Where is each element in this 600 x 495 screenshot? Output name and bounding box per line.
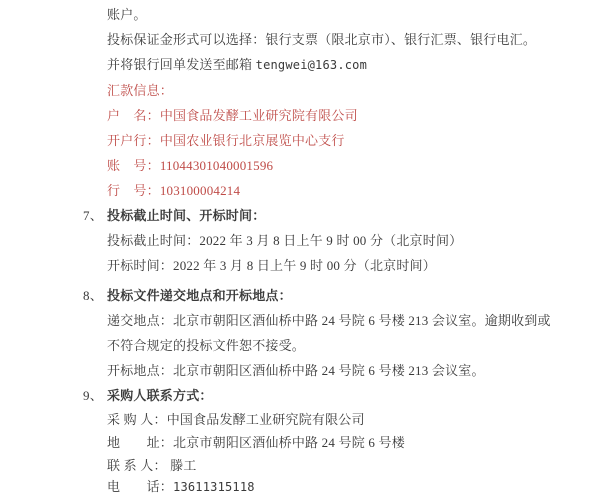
- remittance-row-account-number: 账 号：11044301040001596: [107, 153, 560, 178]
- section-9-title: 采购人联系方式：: [107, 388, 213, 403]
- section-7-title: 投标截止时间、开标时间：: [107, 208, 265, 223]
- contact-value: 北京市朝阳区酒仙桥中路 24 号院 6 号楼: [173, 435, 405, 450]
- section-7-line-opening-text: 开标时间：2022 年 3 月 8 日上午 9 时 00 分（北京时间）: [107, 258, 436, 273]
- contact-row-address: 地 址：北京市朝阳区酒仙桥中路 24 号院 6 号楼: [107, 431, 560, 454]
- section-8-line-delivery-1: 递交地点：北京市朝阳区酒仙桥中路 24 号院 6 号楼 213 会议室。逾期收到…: [107, 308, 560, 333]
- remittance-block: 汇款信息： 户 名：中国食品发酵工业研究院有限公司 开户行：中国农业银行北京展览…: [83, 78, 560, 203]
- section-9-heading: 9、采购人联系方式：: [83, 383, 560, 408]
- contact-row-purchaser: 采 购 人：中国食品发酵工业研究院有限公司: [107, 408, 560, 431]
- remittance-title-text: 汇款信息：: [107, 83, 173, 98]
- remittance-label: 账 号：: [107, 153, 160, 178]
- contact-block: 采 购 人：中国食品发酵工业研究院有限公司 地 址：北京市朝阳区酒仙桥中路 24…: [83, 408, 560, 495]
- remittance-label: 开户行：: [107, 128, 160, 153]
- section-8-heading: 8、投标文件递交地点和开标地点：: [83, 283, 560, 308]
- section-8-line-delivery-1-text: 递交地点：北京市朝阳区酒仙桥中路 24 号院 6 号楼 213 会议室。逾期收到…: [107, 313, 551, 328]
- remittance-value: 中国食品发酵工业研究院有限公司: [160, 108, 358, 123]
- section-7-line-deadline: 投标截止时间：2022 年 3 月 8 日上午 9 时 00 分（北京时间）: [107, 228, 560, 253]
- remittance-row-bank-number: 行 号：103100004214: [107, 178, 560, 203]
- remittance-label: 行 号：: [107, 178, 160, 203]
- contact-value: 滕工: [170, 458, 196, 473]
- section-8-line-delivery-2: 不符合规定的投标文件恕不接受。: [107, 333, 560, 358]
- contact-row-phone: 电 话：13611315118: [107, 477, 560, 495]
- remittance-row-account-name: 户 名：中国食品发酵工业研究院有限公司: [107, 103, 560, 128]
- contact-value: 中国食品发酵工业研究院有限公司: [167, 412, 365, 427]
- intro-line-deposit-forms: 投标保证金形式可以选择：银行支票（限北京市）、银行汇票、银行电汇。: [107, 27, 560, 52]
- contact-label: 电 话：: [107, 477, 173, 495]
- intro-line-account: 账户。: [107, 2, 560, 27]
- remittance-label: 户 名：: [107, 103, 160, 128]
- section-7-number: 7、: [83, 203, 107, 228]
- intro-line-account-text: 账户。: [107, 7, 147, 22]
- intro-line-deposit-forms-text: 投标保证金形式可以选择：银行支票（限北京市）、银行汇票、银行电汇。: [107, 32, 536, 47]
- remittance-row-bank: 开户行：中国农业银行北京展览中心支行: [107, 128, 560, 153]
- section-9-number: 9、: [83, 383, 107, 408]
- section-7-line-opening: 开标时间：2022 年 3 月 8 日上午 9 时 00 分（北京时间）: [107, 253, 560, 278]
- section-8-number: 8、: [83, 283, 107, 308]
- section-7-line-deadline-text: 投标截止时间：2022 年 3 月 8 日上午 9 时 00 分（北京时间）: [107, 233, 462, 248]
- contact-phone-value: 13611315118: [173, 480, 255, 494]
- intro-line-email-prefix: 并将银行回单发送至邮箱: [107, 57, 256, 72]
- section-8-title: 投标文件递交地点和开标地点：: [107, 288, 292, 303]
- remittance-value: 103100004214: [160, 183, 240, 198]
- document-page: 账户。 投标保证金形式可以选择：银行支票（限北京市）、银行汇票、银行电汇。 并将…: [0, 0, 600, 495]
- contact-row-person: 联 系 人： 滕工: [107, 454, 560, 477]
- remittance-value: 中国农业银行北京展览中心支行: [160, 133, 345, 148]
- section-8-line-opening-place-text: 开标地点：北京市朝阳区酒仙桥中路 24 号院 6 号楼 213 会议室。: [107, 363, 485, 378]
- email-text: tengwei@163.com: [256, 58, 367, 72]
- section-8-line-opening-place: 开标地点：北京市朝阳区酒仙桥中路 24 号院 6 号楼 213 会议室。: [107, 358, 560, 383]
- intro-line-email: 并将银行回单发送至邮箱 tengwei@163.com: [107, 52, 560, 78]
- section-7-heading: 7、投标截止时间、开标时间：: [83, 203, 560, 228]
- section-8-line-delivery-2-text: 不符合规定的投标文件恕不接受。: [107, 338, 305, 353]
- contact-label: 采 购 人：: [107, 408, 167, 431]
- remittance-value: 11044301040001596: [160, 158, 273, 173]
- contact-label: 联 系 人：: [107, 454, 167, 477]
- remittance-title: 汇款信息：: [107, 78, 560, 103]
- contact-label: 地 址：: [107, 431, 173, 454]
